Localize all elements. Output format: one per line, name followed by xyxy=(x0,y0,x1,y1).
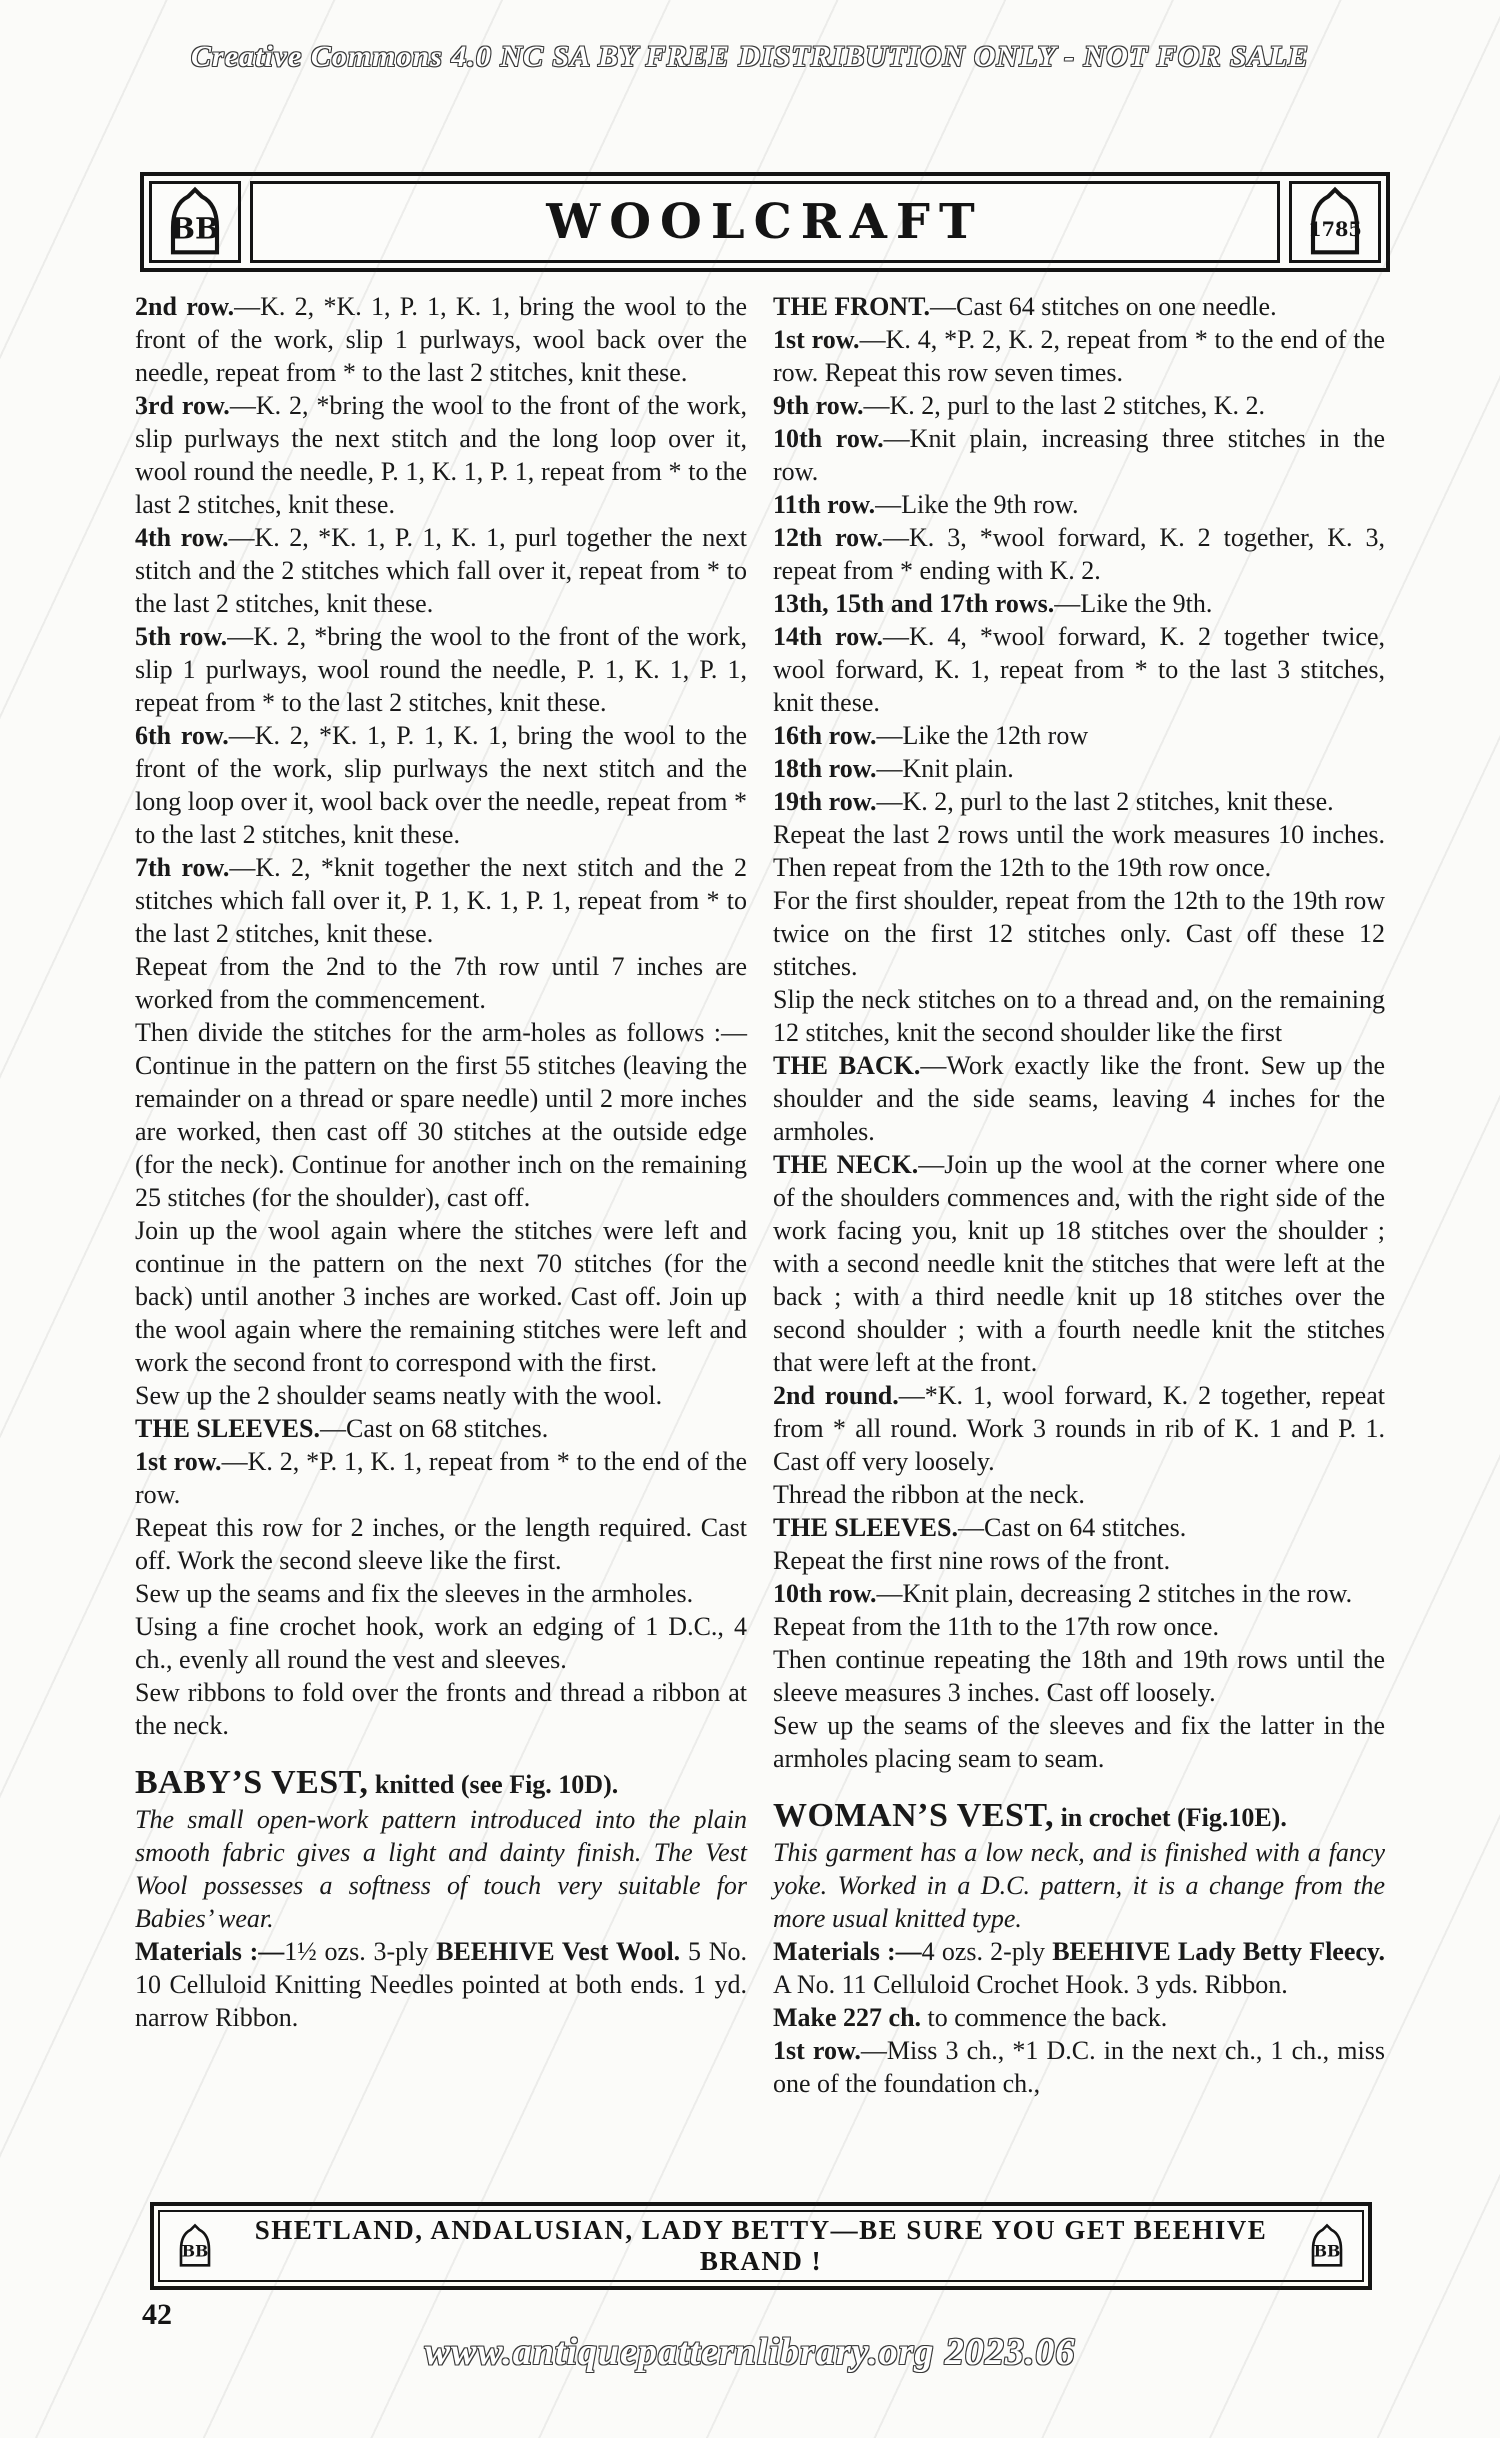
text-segment: Materials :— xyxy=(135,1937,284,1966)
paragraph: 14th row.—K. 4, *wool forward, K. 2 toge… xyxy=(773,620,1385,719)
paragraph: THE SLEEVES.—Cast on 68 stitches. xyxy=(135,1412,747,1445)
paragraph: 4th row.—K. 2, *K. 1, P. 1, K. 1, purl t… xyxy=(135,521,747,620)
text-segment: BABY’S VEST, xyxy=(135,1764,368,1801)
text-segment: Slip the neck stitches on to a thread an… xyxy=(773,985,1385,1047)
text-segment: Join up the wool again where the stitche… xyxy=(135,1216,747,1377)
text-segment: 6th row. xyxy=(135,721,229,750)
header-left-logo-box: BB xyxy=(149,181,241,263)
text-segment: BEEHIVE Lady Betty Fleecy. xyxy=(1052,1937,1385,1966)
text-segment: 4 ozs. 2-ply xyxy=(922,1937,1053,1966)
footer-slogan: SHETLAND, ANDALUSIAN, LADY BETTY—BE SURE… xyxy=(216,2215,1306,2277)
beehive-logo-icon: BB xyxy=(1306,2223,1348,2269)
paragraph: THE NECK.—Join up the wool at the corner… xyxy=(773,1148,1385,1379)
text-segment: —K. 4, *P. 2, K. 2, repeat from * to the… xyxy=(773,325,1385,387)
text-segment: THE FRONT. xyxy=(773,292,930,321)
paragraph: 7th row.—K. 2, *knit together the next s… xyxy=(135,851,747,950)
text-segment: Sew up the seams and fix the sleeves in … xyxy=(135,1579,693,1608)
paragraph: Sew up the seams of the sleeves and fix … xyxy=(773,1709,1385,1775)
text-segment: —K. 2, purl to the last 2 stitches, knit… xyxy=(877,787,1334,816)
text-segment: Then continue repeating the 18th and 19t… xyxy=(773,1645,1385,1707)
paragraph: Sew up the 2 shoulder seams neatly with … xyxy=(135,1379,747,1412)
text-segment: WOMAN’S VEST, xyxy=(773,1797,1054,1834)
paragraph: Then continue repeating the 18th and 19t… xyxy=(773,1643,1385,1709)
text-segment: Repeat from the 11th to the 17th row onc… xyxy=(773,1612,1219,1641)
paragraph: For the first shoulder, repeat from the … xyxy=(773,884,1385,983)
text-segment: 9th row. xyxy=(773,391,864,420)
paragraph: THE BACK.—Work exactly like the front. S… xyxy=(773,1049,1385,1148)
paragraph: 2nd row.—K. 2, *K. 1, P. 1, K. 1, bring … xyxy=(135,290,747,389)
paragraph: 1st row.—K. 4, *P. 2, K. 2, repeat from … xyxy=(773,323,1385,389)
text-segment: THE SLEEVES. xyxy=(135,1414,320,1443)
text-segment: 1st row. xyxy=(773,325,860,354)
paragraph: 1st row.—K. 2, *P. 1, K. 1, repeat from … xyxy=(135,1445,747,1511)
text-columns: 2nd row.—K. 2, *K. 1, P. 1, K. 1, bring … xyxy=(135,290,1385,2195)
paragraph: 2nd round.—*K. 1, wool forward, K. 2 tog… xyxy=(773,1379,1385,1478)
paragraph: THE FRONT.—Cast 64 stitches on one needl… xyxy=(773,290,1385,323)
text-segment: Repeat the last 2 rows until the work me… xyxy=(773,820,1385,882)
text-segment: (see Fig. 10D). xyxy=(461,1770,618,1799)
paragraph: The small open-work pattern introduced i… xyxy=(135,1803,747,1935)
footer-left-logo-text: BB xyxy=(182,2242,209,2261)
text-segment: —K. 2, *bring the wool to the front of t… xyxy=(135,622,747,717)
text-segment: —Knit plain. xyxy=(877,754,1014,783)
text-segment: —Cast on 68 stitches. xyxy=(320,1414,548,1443)
paragraph: 3rd row.—K. 2, *bring the wool to the fr… xyxy=(135,389,747,521)
text-segment: —Join up the wool at the corner where on… xyxy=(773,1150,1385,1377)
text-segment: —Like the 9th. xyxy=(1054,589,1212,618)
text-segment: 18th row. xyxy=(773,754,877,783)
paragraph: Sew ribbons to fold over the fronts and … xyxy=(135,1676,747,1742)
text-segment: 1st row. xyxy=(773,2036,861,2065)
text-segment: —K. 2, *P. 1, K. 1, repeat from * to the… xyxy=(135,1447,747,1509)
footer-band-inner: BB SHETLAND, ANDALUSIAN, LADY BETTY—BE S… xyxy=(158,2210,1364,2282)
paragraph: Repeat from the 11th to the 17th row onc… xyxy=(773,1610,1385,1643)
paragraph: This garment has a low neck, and is fini… xyxy=(773,1836,1385,1935)
text-segment: Repeat from the 2nd to the 7th row until… xyxy=(135,952,747,1014)
text-segment: 2nd row. xyxy=(135,292,234,321)
text-segment: A No. 11 Celluloid Crochet Hook. 3 yds. … xyxy=(773,1970,1288,1999)
text-segment: 12th row. xyxy=(773,523,883,552)
paragraph: 5th row.—K. 2, *bring the wool to the fr… xyxy=(135,620,747,719)
paragraph: THE SLEEVES.—Cast on 64 stitches. xyxy=(773,1511,1385,1544)
text-segment: 10th row. xyxy=(773,1579,877,1608)
paragraph: Sew up the seams and fix the sleeves in … xyxy=(135,1577,747,1610)
paragraph: Materials :—1½ ozs. 3-ply BEEHIVE Vest W… xyxy=(135,1935,747,2034)
paragraph: Thread the ribbon at the neck. xyxy=(773,1478,1385,1511)
text-segment: THE NECK. xyxy=(773,1150,918,1179)
text-segment: Then divide the stitches for the arm-hol… xyxy=(135,1018,747,1212)
text-segment: Thread the ribbon at the neck. xyxy=(773,1480,1085,1509)
text-segment: —K. 2, purl to the last 2 stitches, K. 2… xyxy=(864,391,1266,420)
library-watermark: www.antiquepatternlibrary.org 2023.06 xyxy=(0,2330,1500,2374)
text-segment: 10th row. xyxy=(773,424,884,453)
text-segment: —Cast 64 stitches on one needle. xyxy=(930,292,1277,321)
paragraph: 11th row.—Like the 9th row. xyxy=(773,488,1385,521)
beehive-logo-icon: 1785 xyxy=(1302,186,1368,258)
text-segment: 16th row. xyxy=(773,721,877,750)
text-segment: Sew ribbons to fold over the fronts and … xyxy=(135,1678,747,1740)
text-segment: 3rd row. xyxy=(135,391,230,420)
text-segment: 5th row. xyxy=(135,622,227,651)
header-band: BB WOOLCRAFT 1785 xyxy=(140,172,1390,272)
scanned-page: { "page": { "top_notice": "Creative Comm… xyxy=(0,0,1500,2438)
text-segment: THE BACK. xyxy=(773,1051,920,1080)
header-right-logo-box: 1785 xyxy=(1289,181,1381,263)
text-segment: THE SLEEVES. xyxy=(773,1513,958,1542)
paragraph: Repeat from the 2nd to the 7th row until… xyxy=(135,950,747,1016)
text-segment: Repeat the first nine rows of the front. xyxy=(773,1546,1170,1575)
paragraph: Using a fine crochet hook, work an edgin… xyxy=(135,1610,747,1676)
paragraph: 10th row.—Knit plain, decreasing 2 stitc… xyxy=(773,1577,1385,1610)
header-right-logo-text: 1785 xyxy=(1308,218,1362,241)
text-segment: —Knit plain, decreasing 2 stitches in th… xyxy=(877,1579,1353,1608)
license-notice: Creative Commons 4.0 NC SA BY FREE DISTR… xyxy=(0,40,1500,74)
text-segment: in crochet xyxy=(1054,1803,1177,1832)
text-segment: BEEHIVE Vest Wool. xyxy=(436,1937,680,1966)
text-segment: 11th row. xyxy=(773,490,875,519)
paragraph: Repeat the first nine rows of the front. xyxy=(773,1544,1385,1577)
beehive-logo-icon: BB xyxy=(174,2223,216,2269)
paragraph: 10th row.—Knit plain, increasing three s… xyxy=(773,422,1385,488)
page-title: WOOLCRAFT xyxy=(546,194,983,250)
section-heading: WOMAN’S VEST, in crochet (Fig.10E). xyxy=(773,1799,1385,1834)
paragraph: 12th row.—K. 3, *wool forward, K. 2 toge… xyxy=(773,521,1385,587)
paragraph: Repeat the last 2 rows until the work me… xyxy=(773,818,1385,884)
text-segment: Repeat this row for 2 inches, or the len… xyxy=(135,1513,747,1575)
section-heading: BABY’S VEST, knitted (see Fig. 10D). xyxy=(135,1766,747,1801)
text-segment: —Like the 9th row. xyxy=(875,490,1078,519)
text-segment: Sew up the 2 shoulder seams neatly with … xyxy=(135,1381,662,1410)
text-segment: Sew up the seams of the sleeves and fix … xyxy=(773,1711,1385,1773)
paragraph: 19th row.—K. 2, purl to the last 2 stitc… xyxy=(773,785,1385,818)
text-segment: 13th, 15th and 17th rows. xyxy=(773,589,1054,618)
text-segment: The small open-work pattern introduced i… xyxy=(135,1805,747,1933)
header-title-box: WOOLCRAFT xyxy=(250,181,1280,263)
paragraph: 1st row.—Miss 3 ch., *1 D.C. in the next… xyxy=(773,2034,1385,2100)
text-segment: Materials :— xyxy=(773,1937,922,1966)
text-segment: 1st row. xyxy=(135,1447,222,1476)
text-segment: 1½ ozs. 3-ply xyxy=(284,1937,436,1966)
paragraph: Join up the wool again where the stitche… xyxy=(135,1214,747,1379)
text-segment: —Like the 12th row xyxy=(877,721,1089,750)
paragraph: 6th row.—K. 2, *K. 1, P. 1, K. 1, bring … xyxy=(135,719,747,851)
text-segment: 2nd round. xyxy=(773,1381,899,1410)
paragraph: Make 227 ch. to commence the back. xyxy=(773,2001,1385,2034)
footer-right-logo-text: BB xyxy=(1314,2242,1341,2261)
text-segment: —Cast on 64 stitches. xyxy=(958,1513,1186,1542)
text-segment: 19th row. xyxy=(773,787,877,816)
text-segment: For the first shoulder, repeat from the … xyxy=(773,886,1385,981)
right-column: THE FRONT.—Cast 64 stitches on one needl… xyxy=(773,290,1385,2195)
paragraph: 9th row.—K. 2, purl to the last 2 stitch… xyxy=(773,389,1385,422)
page-number: 42 xyxy=(142,2298,172,2332)
text-segment: Make 227 ch. xyxy=(773,2003,921,2032)
paragraph: 16th row.—Like the 12th row xyxy=(773,719,1385,752)
text-segment: (Fig.10E). xyxy=(1177,1803,1287,1832)
text-segment: knitted xyxy=(368,1770,460,1799)
beehive-logo-icon: BB xyxy=(162,186,228,258)
header-left-logo-text: BB xyxy=(171,212,220,246)
paragraph: Slip the neck stitches on to a thread an… xyxy=(773,983,1385,1049)
paragraph: 18th row.—Knit plain. xyxy=(773,752,1385,785)
text-segment: Using a fine crochet hook, work an edgin… xyxy=(135,1612,747,1674)
paragraph: 13th, 15th and 17th rows.—Like the 9th. xyxy=(773,587,1385,620)
text-segment: —Miss 3 ch., *1 D.C. in the next ch., 1 … xyxy=(773,2036,1385,2098)
text-segment: 7th row. xyxy=(135,853,229,882)
paragraph: Materials :—4 ozs. 2-ply BEEHIVE Lady Be… xyxy=(773,1935,1385,2001)
footer-band: BB SHETLAND, ANDALUSIAN, LADY BETTY—BE S… xyxy=(150,2202,1372,2290)
text-segment: 4th row. xyxy=(135,523,229,552)
left-column: 2nd row.—K. 2, *K. 1, P. 1, K. 1, bring … xyxy=(135,290,747,2195)
text-segment: This garment has a low neck, and is fini… xyxy=(773,1838,1385,1933)
text-segment: 14th row. xyxy=(773,622,883,651)
text-segment: to commence the back. xyxy=(921,2003,1167,2032)
paragraph: Repeat this row for 2 inches, or the len… xyxy=(135,1511,747,1577)
paragraph: Then divide the stitches for the arm-hol… xyxy=(135,1016,747,1214)
